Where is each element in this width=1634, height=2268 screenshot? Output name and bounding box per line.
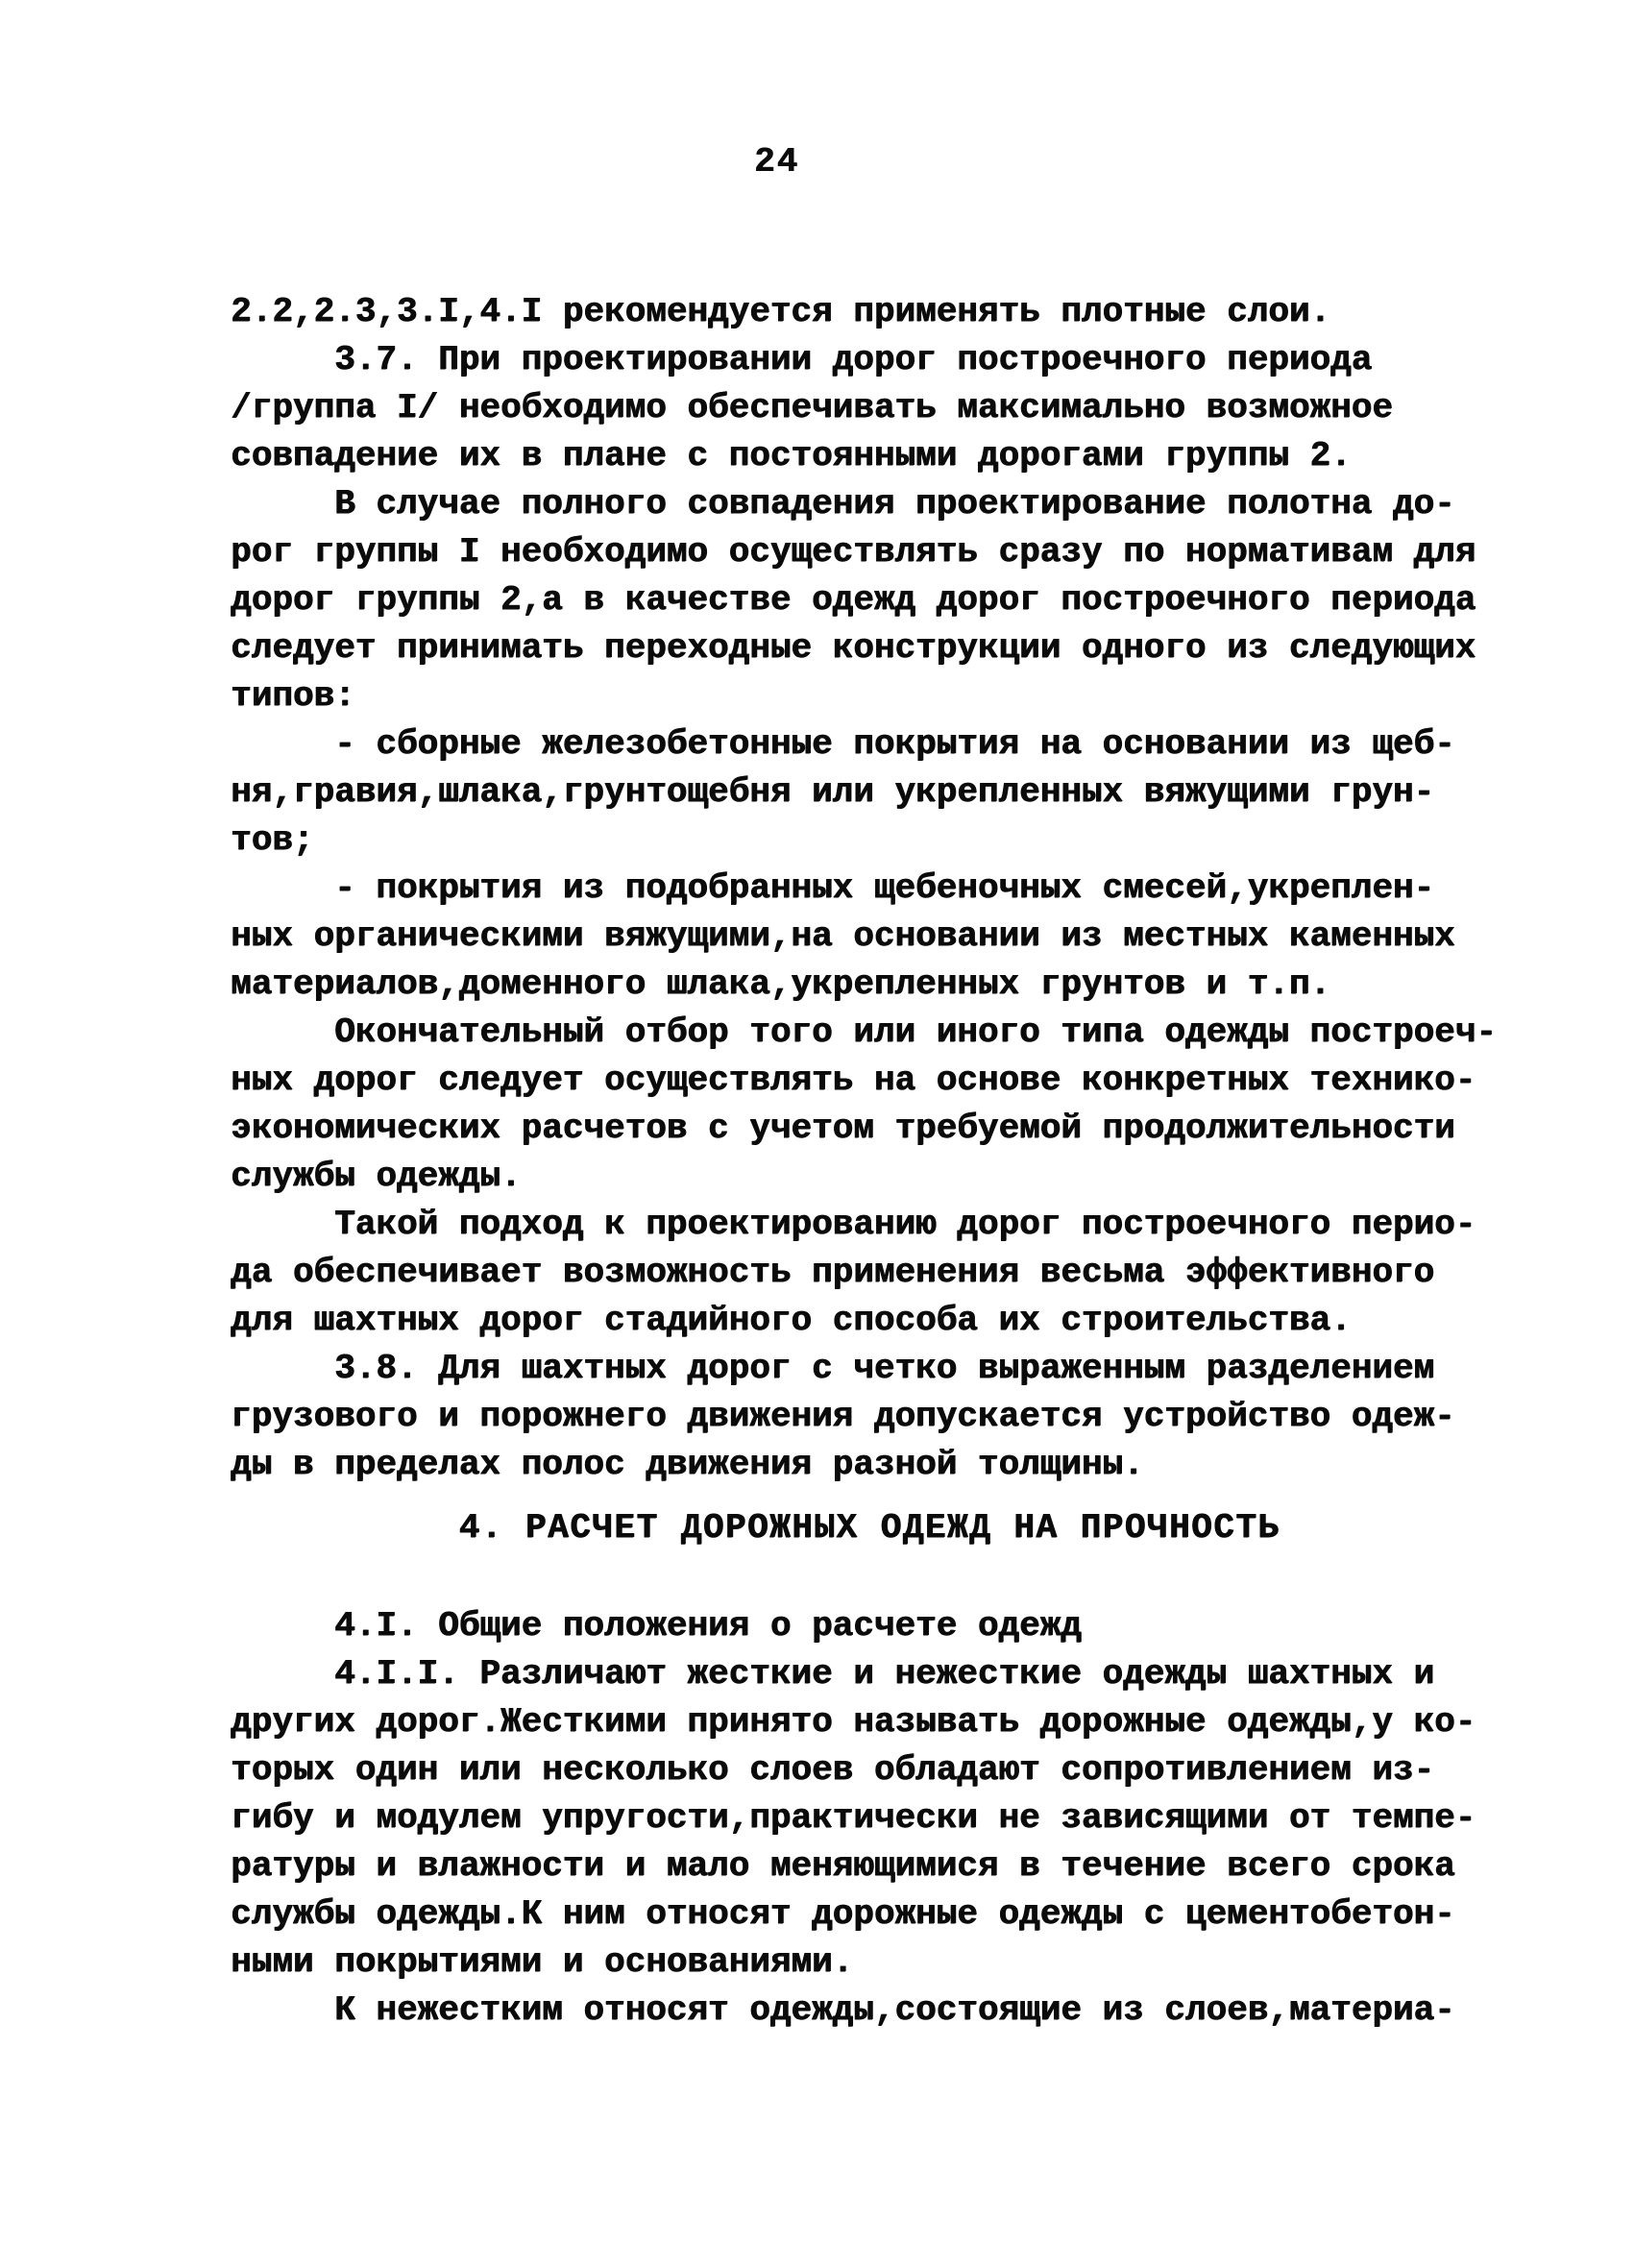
text-line: /группа I/ необходимо обеспечивать макси… [231,384,1508,432]
text-line: - покрытия из подобранных щебеночных сме… [231,865,1508,913]
text-line: службы одежды. [231,1153,1508,1201]
document-body: 2.2,2.3,3.I,4.I рекомендуется применять … [231,288,1508,2035]
text-line: тов; [231,817,1508,865]
text-line: службы одежды.К ним относят дорожные оде… [231,1890,1508,1939]
text-line: гибу и модулем упругости,практически не … [231,1794,1508,1842]
text-line: экономических расчетов с учетом требуемо… [231,1105,1508,1153]
text-line: - сборные железобетонные покрытия на осн… [231,720,1508,768]
text-line: 4.I.I. Различают жесткие и нежесткие оде… [231,1650,1508,1698]
text-line: типов: [231,672,1508,720]
text-line: да обеспечивает возможность применения в… [231,1249,1508,1297]
text-line: К нежестким относят одежды,состоящие из … [231,1987,1508,2035]
text-line: ня,гравия,шлака,грунтощебня или укреплен… [231,768,1508,817]
text-line: В случае полного совпадения проектирован… [231,480,1508,528]
text-line: ды в пределах полос движения разной толщ… [231,1441,1508,1489]
text-line: Окончательный отбор того или иного типа … [231,1009,1508,1057]
scanned-document-page: 24 2.2,2.3,3.I,4.I рекомендуется применя… [0,0,1634,2268]
text-line: 2.2,2.3,3.I,4.I рекомендуется применять … [231,288,1508,336]
text-line: Такой подход к проектированию дорог пост… [231,1201,1508,1249]
text-line: 4.I. Общие положения о расчете одежд [231,1602,1508,1650]
text-line: ными покрытиями и основаниями. [231,1939,1508,1987]
text-line: для шахтных дорог стадийного способа их … [231,1297,1508,1345]
text-line: дорог группы 2,а в качестве одежд дорог … [231,576,1508,624]
text-line: следует принимать переходные конструкции… [231,624,1508,672]
text-line: ратуры и влажности и мало меняющимися в … [231,1842,1508,1890]
text-line: других дорог.Жесткими принято называть д… [231,1698,1508,1746]
text-line: материалов,доменного шлака,укрепленных г… [231,961,1508,1009]
text-line: ных органическими вяжущими,на основании … [231,913,1508,961]
text-line: совпадение их в плане с постоянными доро… [231,432,1508,480]
text-line: торых один или несколько слоев обладают … [231,1746,1508,1794]
page-number: 24 [0,142,1594,182]
text-line: ных дорог следует осуществлять на основе… [231,1057,1508,1105]
section-heading: 4. РАСЧЕТ ДОРОЖНЫХ ОДЕЖД НА ПРОЧНОСТЬ [231,1504,1508,1552]
text-line: 3.7. При проектировании дорог построечно… [231,336,1508,384]
text-line: 3.8. Для шахтных дорог с четко выраженны… [231,1345,1508,1393]
text-line: грузового и порожнего движения допускает… [231,1393,1508,1441]
text-line: рог группы I необходимо осуществлять сра… [231,528,1508,576]
